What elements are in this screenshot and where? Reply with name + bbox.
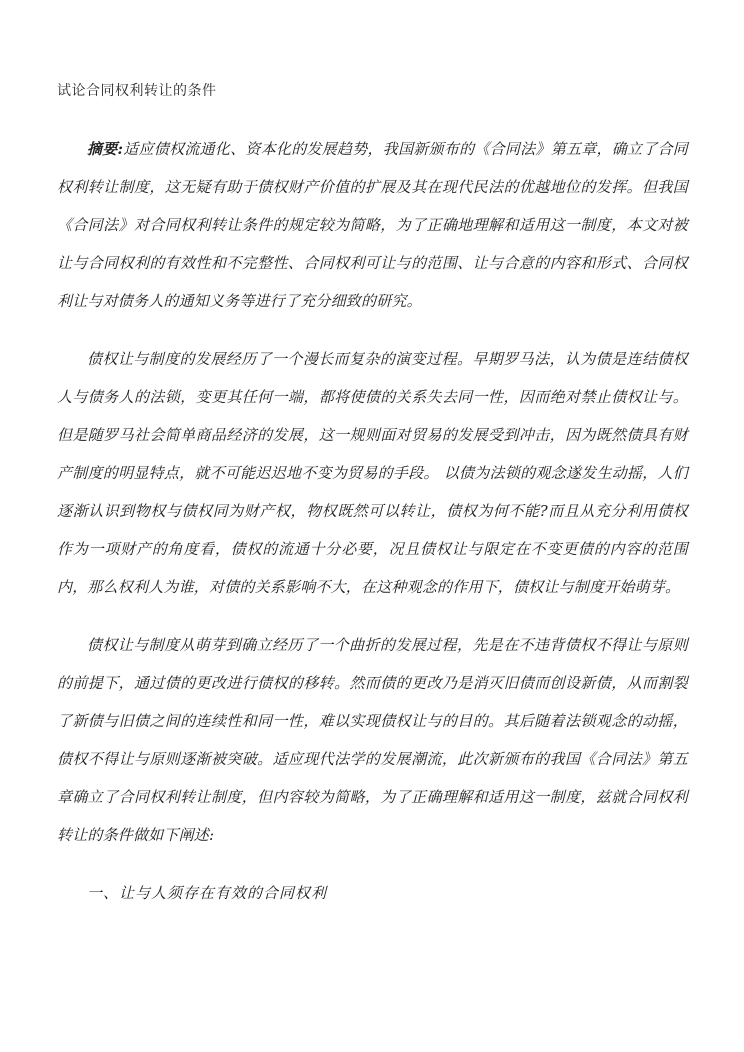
section-heading: 一、让与人须存在有效的合同权利 (57, 874, 688, 912)
document-page: 试论合同权利转让的条件 摘要:适应债权流通化、资本化的发展趋势，我国新颁布的《合… (0, 0, 744, 1052)
body-paragraph-1: 债权让与制度的发展经历了一个漫长而复杂的演变过程。早期罗马法，认为债是连结债权人… (57, 340, 688, 606)
abstract-paragraph: 摘要:适应债权流通化、资本化的发展趋势，我国新颁布的《合同法》第五章，确立了合同… (57, 130, 688, 320)
abstract-text: 适应债权流通化、资本化的发展趋势，我国新颁布的《合同法》第五章，确立了合同权利转… (57, 140, 688, 310)
abstract-label: 摘要: (87, 140, 123, 158)
document-title: 试论合同权利转让的条件 (57, 82, 688, 102)
body-paragraph-2: 债权让与制度从萌芽到确立经历了一个曲折的发展过程，先是在不违背债权不得让与原则的… (57, 626, 688, 854)
